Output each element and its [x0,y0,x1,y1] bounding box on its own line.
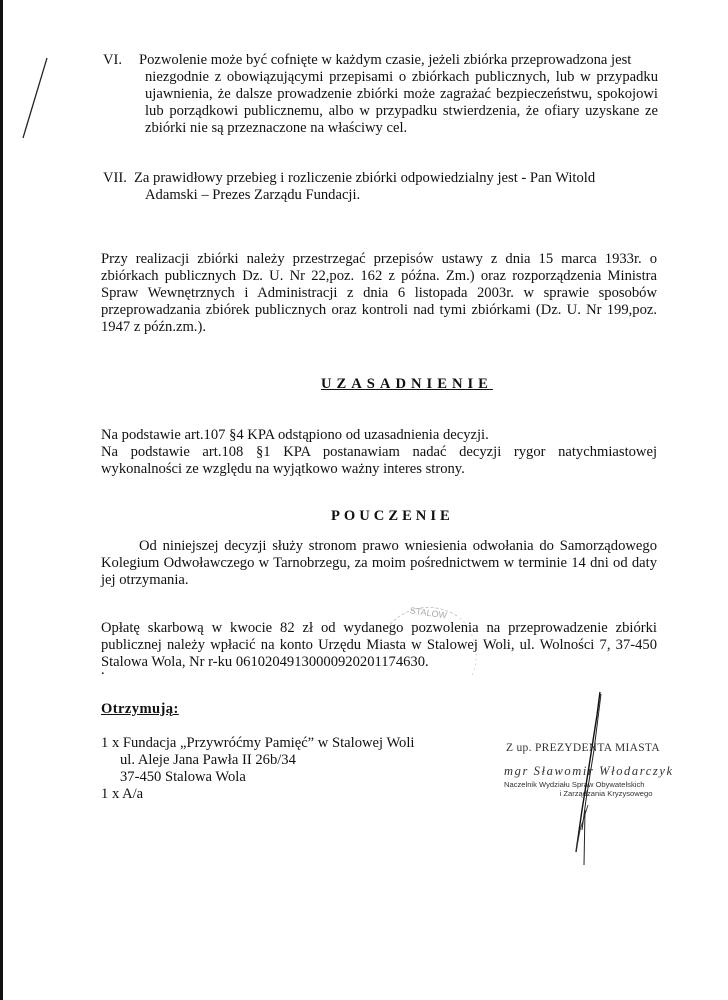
item-numeral-vi: VI. [103,52,122,69]
fee-paragraph: Opłatę skarbową w kwocie 82 zł od wydane… [101,620,657,671]
item-vii-first-line: Za prawidłowy przebieg i rozliczenie zbi… [134,170,654,187]
item-vi-body: niezgodnie z obowiązującymi przepisami o… [145,69,658,137]
item-numeral-vii: VII. [103,170,127,187]
recipient-2: 1 x A/a [101,786,143,803]
instruction-paragraph: Od niniejszej decyzji służy stronom praw… [101,538,657,589]
scan-edge [0,0,3,1000]
item-vi-first-line: Pozwolenie może być cofnięte w każdym cz… [139,52,659,69]
recipients-title: Otrzymują: [101,701,179,718]
recipient-1-street: ul. Aleje Jana Pawła II 26b/34 [120,752,296,769]
recipient-1: 1 x Fundacja „Przywróćmy Pamięć” w Stalo… [101,735,414,752]
stray-dot: . [101,662,105,679]
instruction-heading: POUCZENIE [331,508,454,525]
justification-line-1: Na podstawie art.107 §4 KPA odstąpiono o… [101,427,657,444]
handwritten-signature [560,680,620,870]
regulations-paragraph: Przy realizacji zbiórki należy przestrze… [101,251,657,336]
justification-paragraph-2: Na podstawie art.108 §1 KPA postanawiam … [101,444,657,478]
margin-pen-stroke [0,0,60,140]
round-stamp-text: STALOW [409,605,448,620]
item-vii-second-line: Adamski – Prezes Zarządu Fundacji. [145,187,645,204]
justification-heading: UZASADNIENIE [321,376,493,393]
recipient-1-city: 37-450 Stalowa Wola [120,769,246,786]
